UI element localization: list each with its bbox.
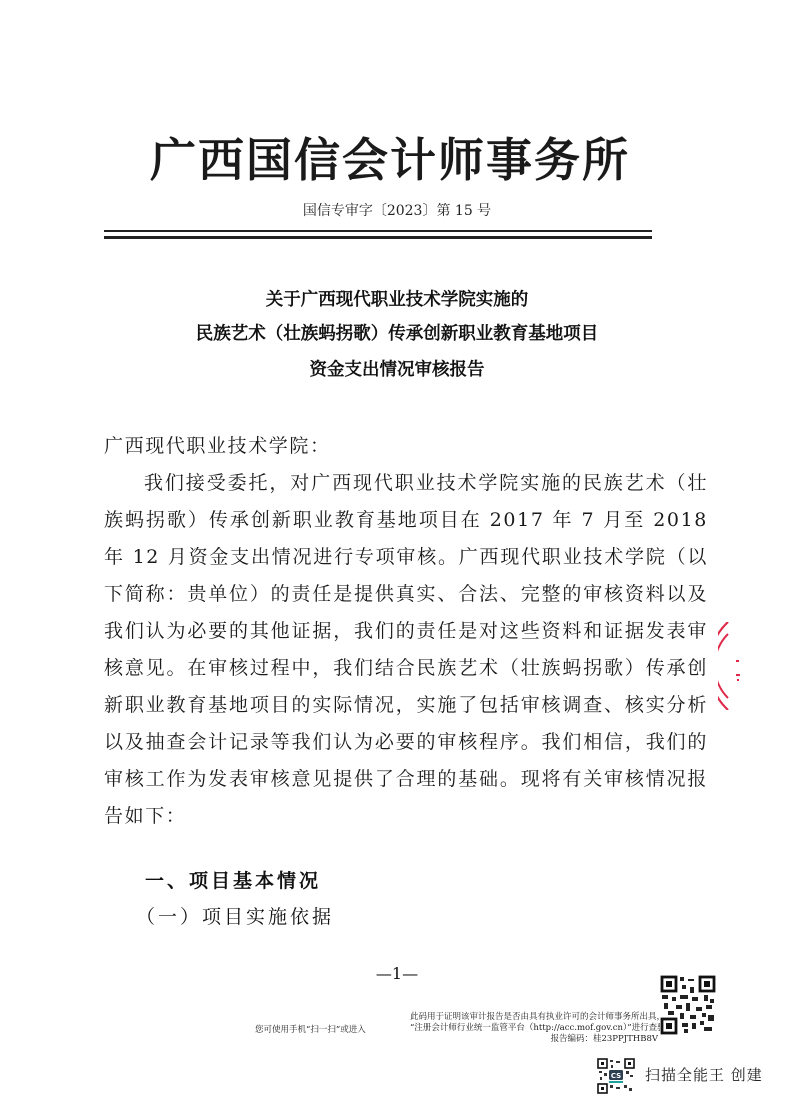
- body-paragraph: 我们接受委托，对广西现代职业技术学院实施的民族艺术（壮族蚂拐歌）传承创新职业教育…: [104, 465, 708, 835]
- svg-text:CS: CS: [611, 1072, 621, 1080]
- verification-line-1: 此码用于证明该审计报告是否由具有执业许可的会计师事务所出具，: [410, 1012, 658, 1023]
- header-divider-thick: [104, 236, 652, 239]
- section-heading: 一、项目基本情况: [145, 866, 321, 893]
- verification-line-3: 报告编码：桂23PPJTHB8V: [410, 1034, 658, 1045]
- header-divider-thin: [104, 230, 652, 232]
- verification-note-right: 此码用于证明该审计报告是否由具有执业许可的会计师事务所出具， “注册会计师行业统…: [410, 1012, 658, 1045]
- subsection-heading: （一）项目实施依据: [136, 902, 334, 929]
- document-number: 国信专审字〔2023〕第 15 号: [0, 200, 794, 220]
- camscanner-watermark-label: 扫描全能王 创建: [645, 1064, 763, 1085]
- report-title-line-3: 资金支出情况审核报告: [0, 356, 794, 381]
- report-body: 广西现代职业技术学院： 我们接受委托，对广西现代职业技术学院实施的民族艺术（壮族…: [104, 428, 708, 835]
- report-title-line-2: 民族艺术（壮族蚂拐歌）传承创新职业教育基地项目: [0, 320, 794, 345]
- verification-line-2: “注册会计师行业统一监管平台（http://acc.mof.gov.cn）”进行…: [410, 1023, 658, 1034]
- report-title-line-1: 关于广西现代职业技术学院实施的: [0, 286, 794, 311]
- firm-name-heading: 广西国信会计师事务所: [150, 124, 620, 190]
- verification-qr-code-icon[interactable]: [660, 975, 716, 1035]
- verification-note-left: 您可使用手机“扫一扫”或进入: [255, 1025, 366, 1036]
- addressee: 广西现代职业技术学院：: [104, 428, 708, 465]
- official-seal-stamp-icon: [718, 622, 794, 710]
- camscanner-qr-badge-icon: CS: [597, 1058, 635, 1094]
